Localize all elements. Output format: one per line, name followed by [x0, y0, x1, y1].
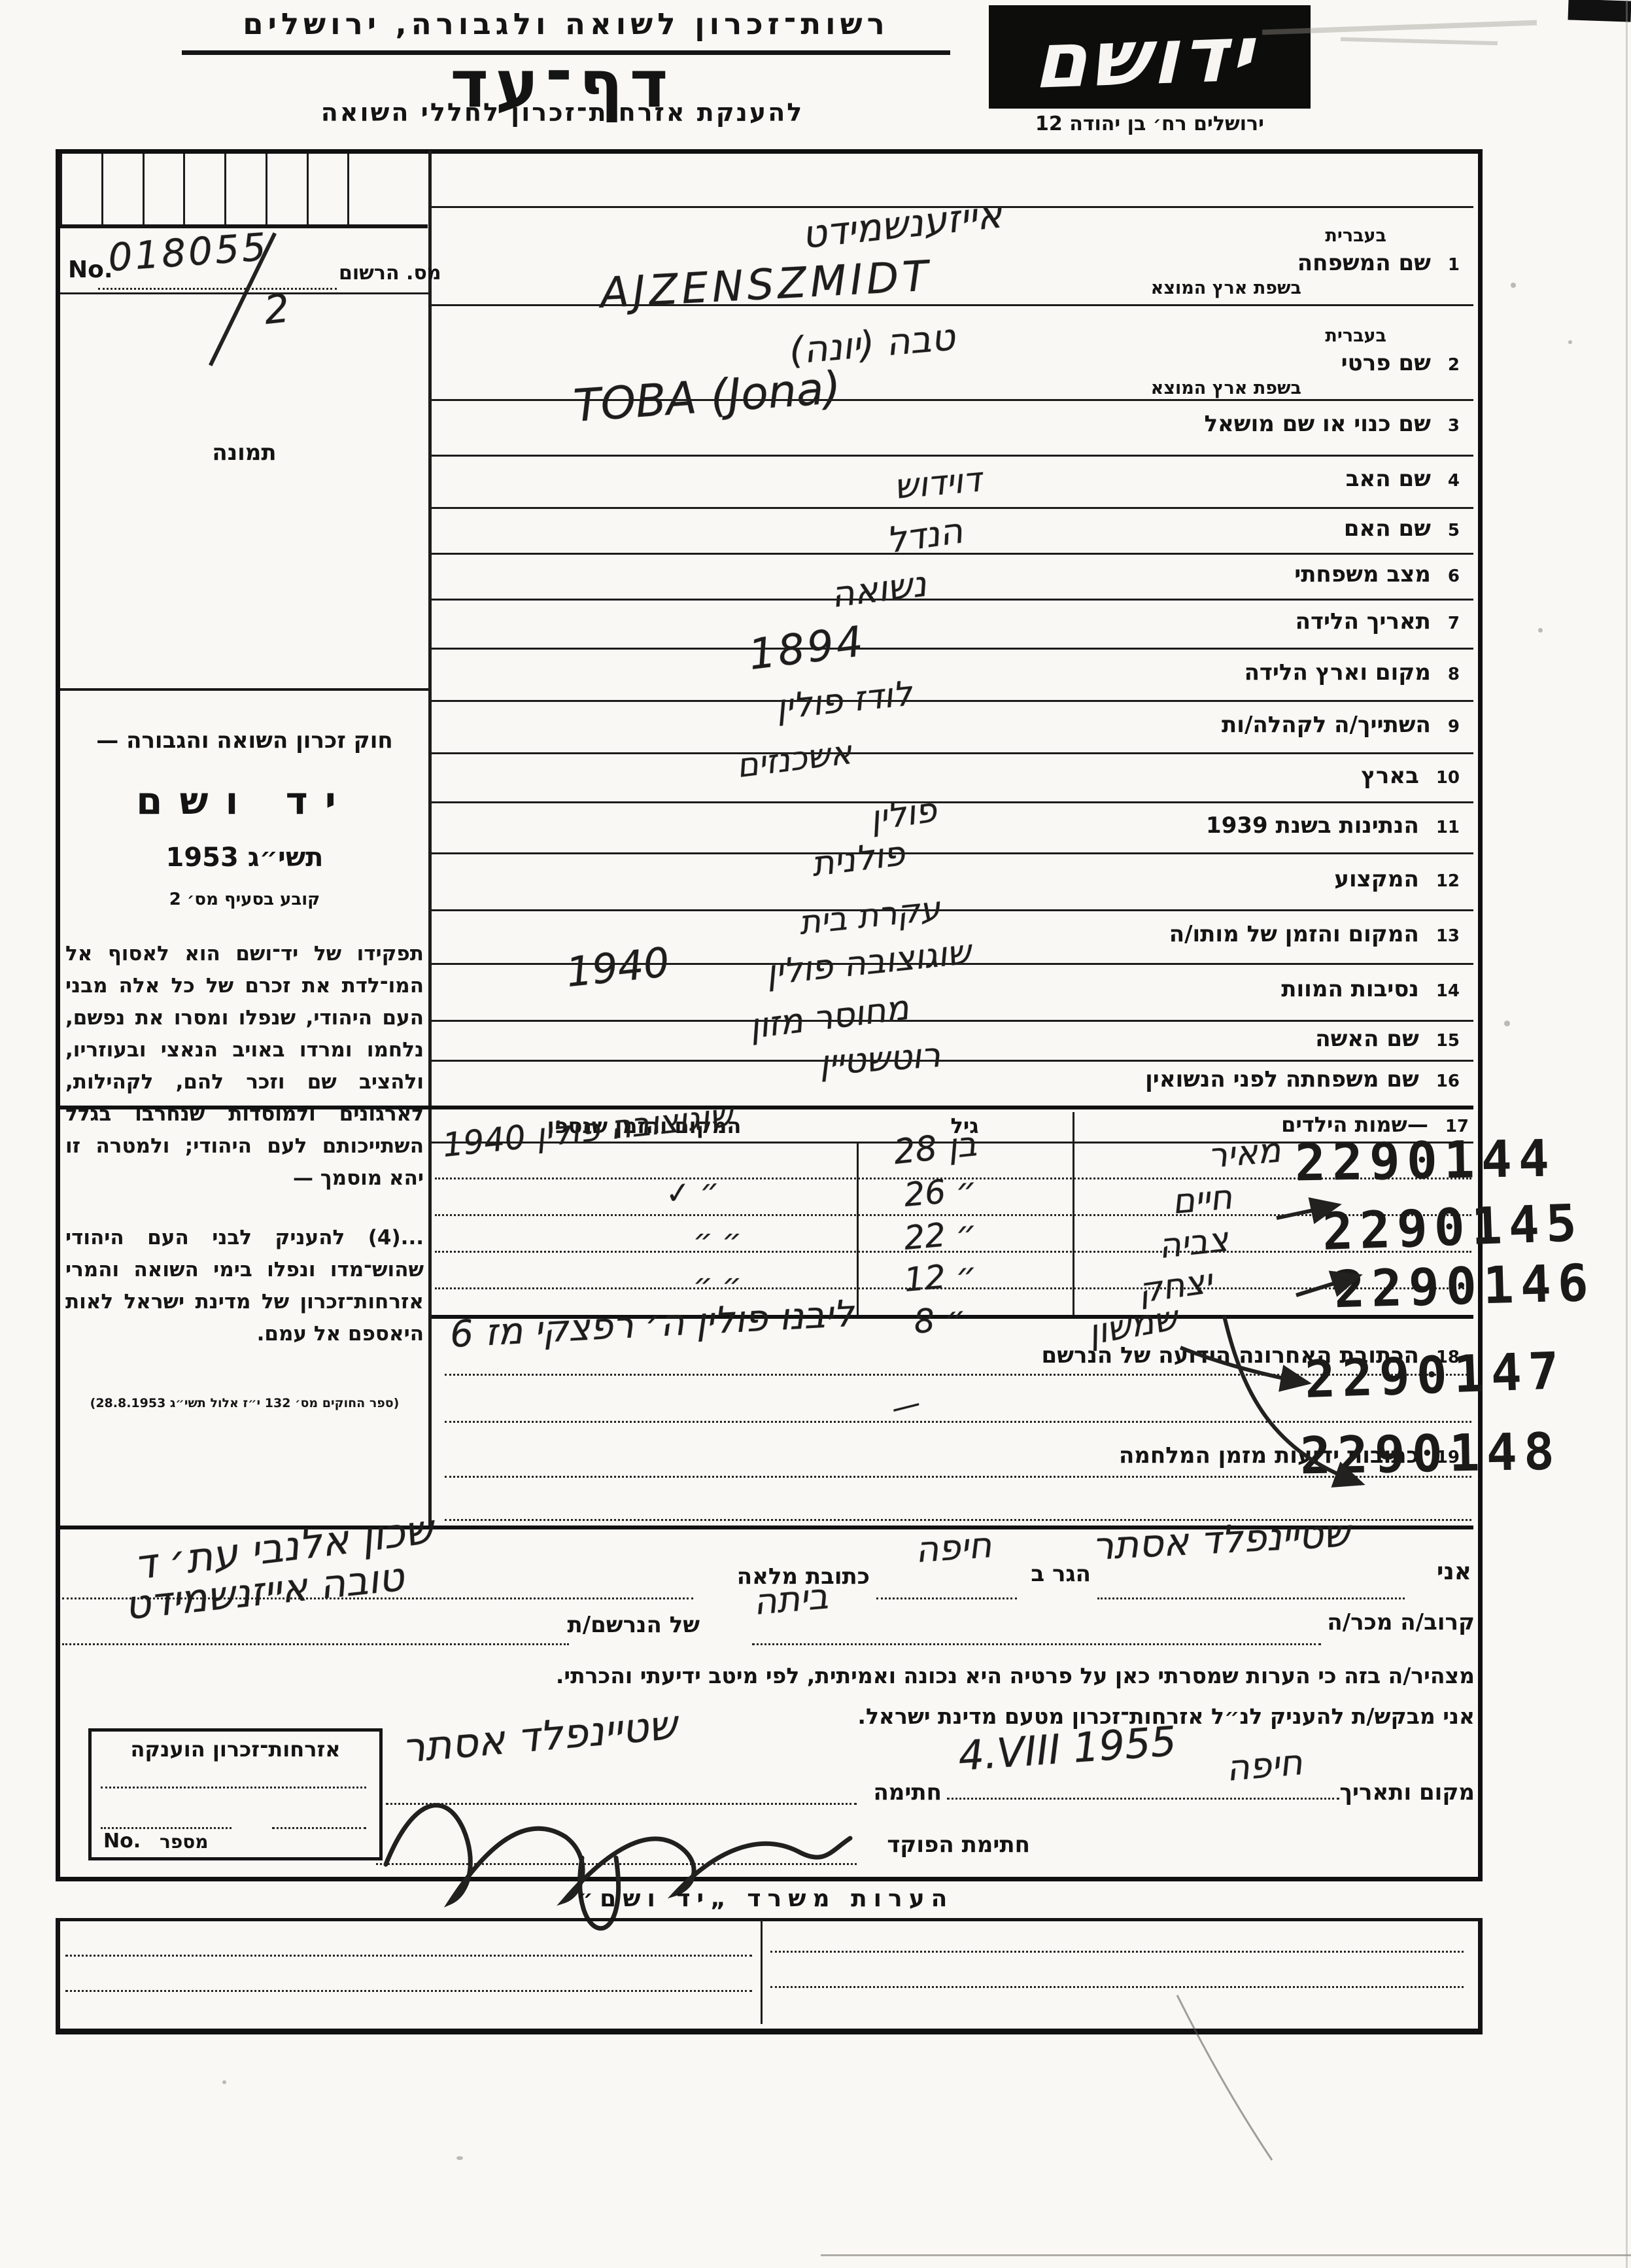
- field-6-number: 6: [1448, 567, 1460, 586]
- child-3-place: ״ ״: [693, 1222, 742, 1257]
- left-column-divider: [428, 150, 432, 1526]
- field-8-number: 8: [1448, 665, 1460, 684]
- decl-place-value: חיפה: [1225, 1741, 1304, 1789]
- index-cell: [347, 154, 388, 224]
- field-12-label: 12 המקצוע: [1334, 866, 1460, 892]
- children-table-top-line: [56, 1106, 1473, 1109]
- arrow-to-stamp-3: [1296, 1276, 1359, 1295]
- child-4-place: ״ ״: [693, 1266, 742, 1302]
- registration-row-bottom-line: [60, 292, 428, 294]
- decl-line2-dotted: [62, 1643, 569, 1645]
- scan-speck: [1511, 283, 1516, 288]
- row-line: [432, 852, 1473, 854]
- child-5-age: ״ 8: [912, 1299, 968, 1341]
- field-2-sublabel-origin: בשפת ארץ המוצא: [1151, 378, 1301, 398]
- field-12-label-text: המקצוע: [1334, 866, 1419, 892]
- field-9-label: 9 השתייך/ה לקהלה/ות: [1222, 712, 1460, 738]
- testimony-page-scan: רשות־זכרון לשואה ולגבורה, ירושלים דף־עד …: [0, 0, 1631, 2268]
- scan-speck: [222, 2080, 226, 2084]
- field-16-label: 16 שם משפחתה לפני הנשואין: [1145, 1066, 1460, 1092]
- row-line: [432, 648, 1473, 650]
- decl-relation-value: ביתה: [752, 1575, 830, 1623]
- decl-i-label: אני: [1437, 1558, 1471, 1585]
- scan-noise-smudge: [1341, 37, 1498, 45]
- photo-label: תמונה: [60, 440, 428, 466]
- index-cell: [266, 154, 307, 224]
- index-cells-strip: [60, 154, 428, 228]
- field-7-number: 7: [1448, 614, 1460, 633]
- scan-speck: [1538, 628, 1543, 633]
- field-11-number: 11: [1436, 818, 1460, 837]
- law-sidebar: חוק זכרון השואה והגבורה — יד ושם תשי״ג 1…: [65, 727, 424, 1410]
- field-14-number: 14: [1436, 981, 1460, 1001]
- field-1-number: 1: [1448, 255, 1460, 275]
- granted-box-no-hebrew: מספר: [160, 1831, 209, 1853]
- row-line: [432, 801, 1473, 803]
- field-7-label: 7 תאריך הלידה: [1296, 608, 1460, 635]
- row-line: [432, 752, 1473, 754]
- decl-registered-label: של הנרשם/ת: [567, 1612, 700, 1638]
- field-1-sublabel-hebrew: בעברית: [1325, 226, 1386, 246]
- row-line: [432, 909, 1473, 911]
- scan-edge-line: [1626, 0, 1628, 2268]
- field-4-number: 4: [1448, 471, 1460, 491]
- row-line: [432, 455, 1473, 457]
- field-8-label: 8 מקום וארץ הלידה: [1245, 659, 1460, 686]
- field-4-value: דוידוש: [893, 461, 983, 507]
- stamp-arrows: [1046, 1112, 1622, 1518]
- decl-resides-label: הגר ב: [1031, 1561, 1091, 1587]
- row-line: [432, 507, 1473, 509]
- index-cell: [388, 154, 428, 224]
- field-14-label-text: נסיבות המוות: [1281, 976, 1419, 1002]
- scan-scratch: [1158, 1989, 1301, 2172]
- law-paragraph-1: תפקידו של יד־ושם הוא לאסוף אל המו־לדת את…: [65, 938, 424, 1195]
- field-16-number: 16: [1436, 1072, 1460, 1091]
- field-10-number: 10: [1436, 768, 1460, 788]
- index-cell: [224, 154, 266, 224]
- decl-signature-label: חתימה: [873, 1779, 942, 1806]
- arrow-to-stamp-5: [1224, 1316, 1362, 1484]
- granted-box: אזרחות־זכרון הוענקה No. מספר: [88, 1728, 383, 1860]
- field-16-label-text: שם משפחתה לפני הנשואין: [1145, 1066, 1419, 1092]
- child-4-age: ״ 12: [902, 1255, 978, 1299]
- index-cell: [60, 154, 101, 224]
- index-cell: [183, 154, 224, 224]
- field-15-number: 15: [1436, 1031, 1460, 1051]
- scan-speck: [1568, 340, 1572, 344]
- office-notes-dotted: [65, 1955, 752, 1957]
- field-3-label: 3 שם כנוי או שם מושאל: [1204, 411, 1460, 437]
- row-line: [432, 700, 1473, 702]
- field-1-sublabel-origin: בשפת ארץ המוצא: [1151, 278, 1301, 298]
- field-9-label-text: השתייך/ה לקהלה/ות: [1222, 712, 1431, 738]
- field-2-number: 2: [1448, 355, 1460, 375]
- decl-statement: מצהיר/ה בזה כי הערות שמסרתי כאן על פרטיה…: [556, 1663, 1475, 1688]
- row-line: [432, 599, 1473, 601]
- granted-box-dotted-3: [272, 1827, 366, 1829]
- scan-bottom-line: [821, 2254, 1631, 2256]
- field-10-label-text: בארץ: [1361, 763, 1418, 789]
- law-paragraph-2: ‏...(4) להעניק לבני העם היהודי שהוש־מדו …: [65, 1222, 424, 1350]
- field-1-label-text: שם המשפחה: [1297, 250, 1431, 276]
- decl-line1-dotted: [1097, 1597, 1405, 1599]
- field-5-label-text: שם האם: [1344, 515, 1431, 542]
- field-13-label-text: המקום והזמן של מותו/ה: [1169, 921, 1419, 947]
- registration-no-label-latin: No.: [68, 256, 113, 283]
- law-footnote: (ספר החוקים מס׳ 132 י״ז אלול תשי״ג 28.8.…: [65, 1396, 424, 1410]
- field-1-label: 1 שם המשפחה: [1297, 250, 1460, 276]
- field-8-label-text: מקום וארץ הלידה: [1245, 659, 1431, 686]
- field-4-label-text: שם האב: [1346, 466, 1431, 492]
- registration-no-label-hebrew: מס. הרשום: [339, 262, 441, 285]
- index-cell: [307, 154, 348, 224]
- yad-vashem-logo: ידושם: [989, 5, 1311, 109]
- page-subtitle: להענקת אזרחות־זכרון לחללי השואה: [249, 98, 876, 127]
- child-2-age: ״ 26: [902, 1170, 978, 1214]
- decl-official-label: חתימת הפוקד: [887, 1832, 1030, 1858]
- field-6-label: 6 מצב משפחתי: [1294, 561, 1460, 587]
- granted-box-no-latin: No.: [103, 1830, 141, 1853]
- decl-line2-dotted: [752, 1643, 1321, 1645]
- decl-resides-value: חיפה: [914, 1524, 993, 1571]
- granted-box-dotted-2: [101, 1827, 232, 1829]
- office-notes-dotted: [770, 1951, 1464, 1953]
- office-notes-dotted: [65, 1990, 752, 1992]
- row-line: [432, 304, 1473, 306]
- field-5-label: 5 שם האם: [1344, 515, 1460, 542]
- granted-box-dotted-1: [101, 1787, 366, 1788]
- law-year: תשי״ג 1953: [65, 843, 424, 873]
- granted-box-title: אזרחות־זכרון הוענקה: [92, 1737, 379, 1762]
- child-3-age: ״ 22: [902, 1213, 978, 1257]
- field-15-label: 15 שם האשה: [1315, 1026, 1460, 1052]
- logo-caption: ירושלים רח׳ בן יהודה 12: [989, 113, 1311, 135]
- registration-no-dotted-line: [98, 288, 337, 290]
- photo-box-bottom-line: [60, 688, 428, 691]
- decl-relation-label: קרוב/ה מכר/ה: [1327, 1609, 1475, 1635]
- field-9-number: 9: [1448, 717, 1460, 737]
- field-3-label-text: שם כנוי או שם מושאל: [1204, 411, 1430, 437]
- field-6-label-text: מצב משפחתי: [1294, 561, 1431, 587]
- scan-speck: [456, 2156, 463, 2160]
- row-line: [432, 553, 1473, 555]
- field-15-label-text: שם האשה: [1315, 1026, 1419, 1052]
- child-2-place: ״ ✓: [664, 1172, 721, 1212]
- scan-speck: [1504, 1021, 1510, 1026]
- row-line: [432, 1020, 1473, 1022]
- office-notes-title: הערות משרד „יד ושם״: [523, 1885, 1007, 1912]
- field-4-label: 4 שם האב: [1346, 466, 1460, 492]
- field-3-number: 3: [1448, 416, 1460, 436]
- office-notes-dotted: [770, 1986, 1464, 1988]
- index-cell: [101, 154, 143, 224]
- law-name: יד ושם: [65, 778, 424, 823]
- scan-corner-mark: [1568, 0, 1631, 22]
- decl-line1-dotted: [876, 1597, 1017, 1599]
- field-14-label: 14 נסיבות המוות: [1281, 976, 1460, 1002]
- field-13-label: 13 המקום והזמן של מותו/ה: [1169, 921, 1460, 947]
- decl-place-date-dotted: [947, 1798, 1339, 1800]
- field-2-label: 2 שם פרטי: [1341, 350, 1460, 376]
- field-2-label-text: שם פרטי: [1341, 350, 1431, 376]
- field-7-label-text: תאריך הלידה: [1296, 608, 1431, 635]
- field-5-number: 5: [1448, 521, 1460, 540]
- index-cell: [143, 154, 184, 224]
- field-11-label-text: הנתינות בשנת 1939: [1206, 812, 1419, 839]
- office-notes-divider: [761, 1919, 763, 2024]
- field-11-label: 11 הנתינות בשנת 1939: [1206, 812, 1460, 839]
- field-2-sublabel-hebrew: בעברית: [1325, 326, 1386, 346]
- arrow-to-stamp-2: [1277, 1205, 1338, 1218]
- field-13-number: 13: [1436, 926, 1460, 946]
- law-title: חוק זכרון השואה והגבורה —: [65, 727, 424, 754]
- decl-official-dotted: [376, 1863, 857, 1865]
- decl-place-date-label: מקום ותאריך: [1339, 1779, 1475, 1806]
- yad-vashem-logo-text: ידושם: [1029, 8, 1271, 106]
- field-12-number: 12: [1436, 871, 1460, 891]
- row-line: [432, 1060, 1473, 1062]
- field-10-label: 10 בארץ: [1361, 763, 1460, 789]
- law-clause: קובע בסעיף מס׳ 2: [65, 890, 424, 909]
